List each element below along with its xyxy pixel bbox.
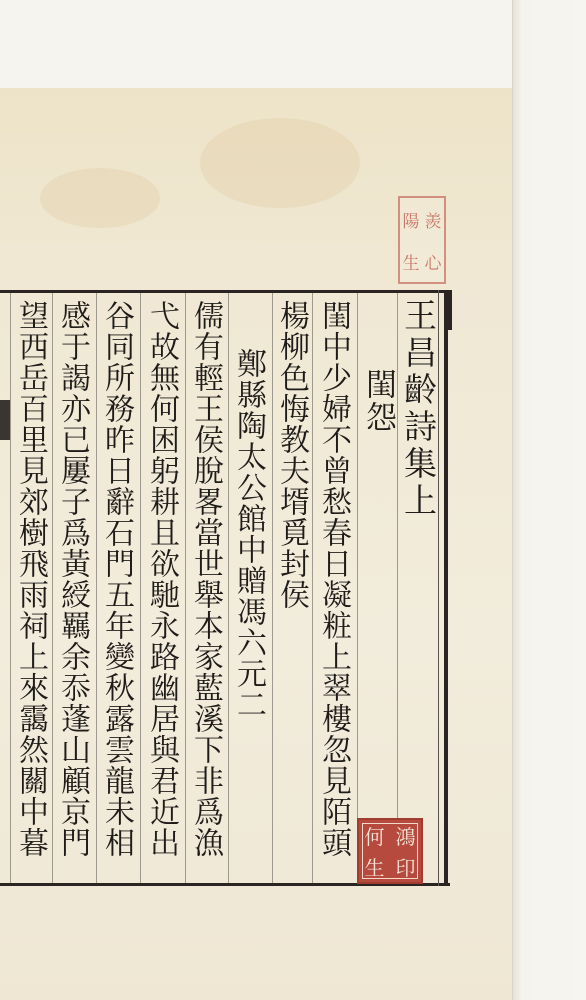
poem-line: 感于謁亦已屢子爲黃綬羈余忝蓬山顧京門 [57,300,87,858]
binding-margin [512,0,586,1000]
column-rule [272,293,273,883]
poem-line: 閨中少婦不曾愁春日凝粧上翠樓忽見陌頭 [318,300,348,858]
column-rule [185,293,186,883]
poem-title: 閨怨 [362,368,393,434]
block-ear [446,290,452,330]
seal-char: 羨 [425,207,442,232]
collector-seal-square: 何 鴻 生 印 [357,818,423,884]
seal-char: 印 [396,852,416,881]
frame-border-right [444,290,448,886]
poem-line: 儒有輕王侯脫畧當世舉本家藍溪下非爲漁 [190,300,220,858]
poem-line: 楊柳色悔教夫壻覓封侯 [276,300,306,610]
column-rule [228,293,229,883]
collector-seal-rect: 陽 羨 生 心 [398,196,446,284]
column-rule [10,293,11,883]
column-rule [96,293,97,883]
seal-char: 陽 [403,207,420,232]
seal-char: 何 [365,821,385,850]
frame-border-inner [438,290,439,886]
book-title: 王昌齡詩集上 [402,298,435,520]
paper-stain [200,118,360,208]
column-rule [312,293,313,883]
poem-line: 谷同所務昨日辭石門五年變秋露雲龍未相 [101,300,131,858]
backdrop [0,0,586,90]
column-rule [140,293,141,883]
column-rule [52,293,53,883]
seal-char: 心 [425,249,442,274]
paper-stain [40,168,160,228]
poem-title: 鄭縣陶太公館中贈馮六元二 [233,348,263,720]
column-rule [397,293,398,883]
poem-line: 弋故無何困躬耕且欲馳永路幽居與君近出 [146,300,176,858]
frame-border-top [0,290,450,293]
poem-line: 望西岳百里見郊樹飛雨祠上來靄然關中暮 [15,300,45,858]
fold-mark [0,400,10,440]
column-rule [357,293,358,883]
seal-char: 生 [365,852,385,881]
seal-char: 生 [403,249,420,274]
seal-char: 鴻 [396,821,416,850]
